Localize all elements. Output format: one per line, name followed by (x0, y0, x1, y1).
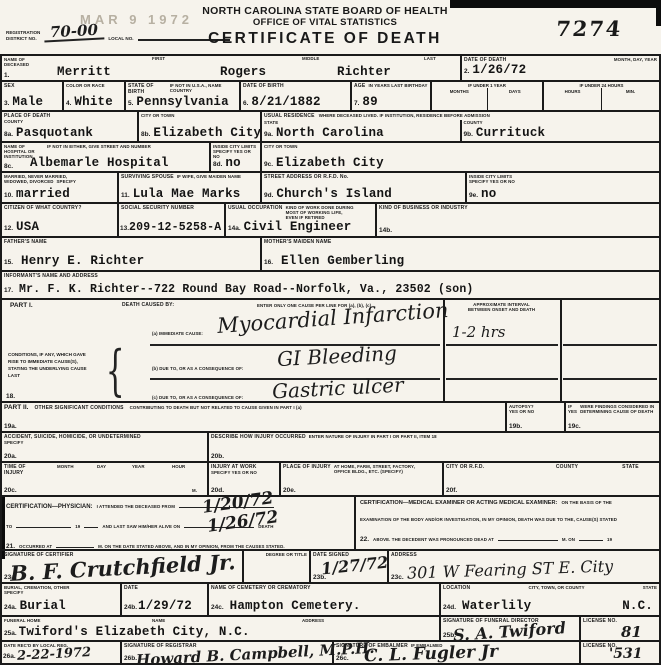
hours-label: HOURS (544, 88, 601, 110)
field-injury-county: COUNTY (532, 463, 602, 495)
autopsy-number: 19b. (509, 423, 522, 430)
min-label: MIN. (601, 88, 659, 110)
value-residence-limits: no (481, 187, 496, 201)
describe-injury-number: 20b. (211, 453, 224, 460)
value-last-name: Richter (337, 65, 391, 79)
location-note: CITY, TOWN, OR COUNTY (528, 585, 584, 590)
field-date-of-birth: DATE OF BIRTH 6.8/21/1882 (239, 82, 350, 110)
row-accident: ACCIDENT, SUICIDE, HOMICIDE, OR UNDETERM… (2, 431, 659, 461)
field-time-of-injury: TIME OF INJURY MONTH DAY YEAR HOUR 20c. … (2, 463, 207, 495)
death-city-label: CITY OR TOWN (141, 113, 258, 118)
value-first-name: Merritt (57, 65, 111, 79)
residence-city-label: CITY OR TOWN (264, 144, 657, 149)
accident-number: 20a. (4, 453, 17, 460)
death-county-number: 8a. (4, 131, 13, 138)
findings-note: WERE FINDINGS CONSIDERED IN DETERMINING … (580, 404, 657, 414)
examiner-text3b: M. ON (562, 537, 575, 542)
marital-label-line2: WIDOWED, DIVORCED (4, 179, 54, 184)
name-label-line2: DECEASED (4, 62, 29, 67)
value-ssn: 209-12-5258-A (129, 221, 221, 234)
examiner-text3a: ABOVE. THE DECEDENT WAS PRONOUNCED DEAD … (373, 537, 494, 542)
injury-at-work-number: 20d. (211, 487, 224, 494)
certificate-form: NAME OF DECEASED 1. FIRST MIDDLE LAST Me… (0, 54, 661, 665)
field-if-under-1-year: IF UNDER 1 YEAR MONTHS DAYS (430, 82, 542, 110)
to-date-line (16, 520, 71, 528)
sex-label: SEX (4, 83, 60, 89)
field-occupation: USUAL OCCUPATIONKIND OF WORK DONE DURING… (224, 204, 375, 236)
death-certificate: MAR 9 1972 REGISTRATION DISTRICT NO. 70-… (0, 0, 661, 665)
location-state-note: STATE (643, 585, 657, 590)
value-date-of-death: 1/26/72 (472, 63, 526, 77)
field-race: COLOR OR RACE 4.White (62, 82, 124, 110)
mother-label: MOTHER'S MAIDEN NAME (264, 239, 657, 245)
day-label: DAY (97, 464, 106, 469)
informant-number: 17. (4, 287, 13, 294)
value-death-city: Elizabeth City (153, 126, 261, 140)
field-usual-residence: USUAL RESIDENCE WHERE DECEASED LIVED. IF… (260, 112, 659, 141)
value-embalmer-license: '531 (609, 646, 643, 662)
pronounced-at-line (498, 533, 558, 541)
funeral-home-address-note: ADDRESS (302, 618, 324, 623)
value-mother: Ellen Gemberling (281, 254, 404, 268)
field-degree-title: DEGREE OR TITLE (242, 551, 309, 582)
age-number: 7. (354, 100, 359, 107)
injury-county-label: COUNTY (534, 464, 600, 470)
value-citizen: USA (16, 220, 39, 234)
age-label: AGE (354, 83, 365, 89)
residence-limits-number: 9e. (469, 192, 478, 199)
occupation-number: 14a. (228, 225, 241, 232)
row-marital: MARRIED, NEVER MARRIED, WIDOWED, DIVORCE… (2, 171, 659, 202)
field-injury-city: CITY OR R.F.D. 20f. (442, 463, 532, 495)
field-registrar-signature: SIGNATURE OF REGISTRAR 26b. Howard B. Ca… (120, 642, 332, 663)
injury-at-work-note: SPECIFY YES OR NO (211, 470, 277, 475)
marital-number: 10. (4, 192, 13, 199)
place-of-injury-note: AT HOME, FARM, STREET, FACTORY, OFFICE B… (334, 464, 419, 474)
interval-b-line (446, 378, 558, 380)
business-label: KIND OF BUSINESS OR INDUSTRY (379, 205, 657, 211)
cemetery-label: NAME OF CEMETERY OR CREMATORY (211, 585, 437, 591)
value-middle-name: Rogers (220, 65, 266, 79)
field-embalmer-signature: SIGNATURE OF EMBALMERIF EMBALMED 26c. C.… (332, 642, 579, 663)
injury-state-label: STATE (604, 464, 657, 470)
name-field-number: 1. (4, 72, 9, 79)
accident-note: SPECIFY (4, 440, 205, 445)
birth-state-number: 5. (128, 100, 133, 107)
month-label: MONTH (57, 464, 74, 469)
field-burial-type: BURIAL, CREMATION, OTHER SPECIFY 24a.Bur… (2, 584, 120, 615)
field-accident-type: ACCIDENT, SUICIDE, HOMICIDE, OR UNDETERM… (2, 433, 207, 461)
birth-state-label: STATE OF BIRTH (128, 83, 167, 96)
row-signature: SIGNATURE OF CERTIFIER 23a. DEGREE OR TI… (2, 549, 659, 582)
value-race: White (74, 95, 113, 109)
field-director-license: LICENSE NO. 81 (579, 617, 659, 640)
street-number: 9d. (264, 192, 273, 199)
residence-limits-note: SPECIFY YES OR NO (469, 179, 657, 184)
col-middle-label: MIDDLE (302, 56, 319, 61)
due-to-c-label: (c) DUE TO, OR AS A CONSEQUENCE OF: (152, 395, 243, 400)
value-burial-date: 1/29/72 (138, 599, 192, 613)
residence-county-number: 9b. (464, 131, 473, 138)
months-label: MONTHS (432, 88, 487, 110)
field-hospital-city-limits: INSIDE CITY LIMITS SPECIFY YES OR NO 8d.… (209, 143, 260, 171)
field-age: AGEIN YEARS LAST BIRTHDAY 7.89 (350, 82, 430, 110)
row-registrar: DATE REC'D BY LOCAL REG. 26a.2-22-1972 S… (2, 640, 659, 663)
field-street-address: STREET ADDRESS OR R.F.D. No. 9d.Church's… (260, 173, 465, 202)
field-injury-state: STATE (602, 463, 659, 495)
field-date-signed: DATE SIGNED 23b. 1/27/72 (309, 551, 387, 582)
value-birth-date: 8/21/1882 (251, 95, 320, 109)
row-funeral-home: FUNERAL HOME NAME ADDRESS 25a.Twiford's … (2, 615, 659, 640)
value-marital-status: married (16, 187, 70, 201)
value-residence-county: Currituck (476, 126, 545, 140)
burial-type-note: SPECIFY (4, 590, 118, 595)
value-sex: Male (12, 95, 43, 109)
value-residence-state: North Carolina (276, 126, 384, 140)
registration-district-value: 70-00 (44, 22, 105, 42)
value-informant: Mr. F. K. Richter--722 Round Bay Road--N… (19, 283, 473, 296)
ssn-number: 13. (120, 225, 129, 232)
part2-other-conditions: PART II. OTHER SIGNIFICANT CONDITIONS CO… (2, 401, 659, 431)
field-citizen: CITIZEN OF WHAT COUNTRY? 12.USA (2, 204, 117, 236)
certificate-header: MAR 9 1972 REGISTRATION DISTRICT NO. 70-… (0, 0, 661, 54)
birth-date-number: 6. (243, 100, 248, 107)
residence-county-label: COUNTY (464, 120, 483, 125)
informant-label: INFORMANT'S NAME AND ADDRESS (4, 273, 657, 279)
injury-city-number: 20f. (446, 487, 457, 494)
col-first-label: FIRST (152, 56, 165, 61)
business-number: 14b. (379, 227, 392, 234)
certificate-number: 7274 (555, 16, 624, 41)
field-name-of-deceased: NAME OF DECEASED 1. FIRST MIDDLE LAST Me… (2, 56, 460, 80)
value-father: Henry E. Richter (21, 254, 144, 268)
field-burial-date: DATE 24b.1/29/72 (120, 584, 207, 615)
birth-state-note: IF NOT IN U.S.A., NAME COUNTRY (170, 83, 237, 93)
date-of-death-number: 2. (464, 68, 469, 75)
registration-label-line1: REGISTRATION (6, 30, 40, 36)
place-of-injury-label: PLACE OF INJURY (283, 464, 331, 470)
field-business: KIND OF BUSINESS OR INDUSTRY 14b. (375, 204, 659, 236)
street-label: STREET ADDRESS OR R.F.D. No. (264, 174, 463, 180)
hospital-number: 8c. (4, 163, 13, 170)
findings-number: 19c. (568, 423, 581, 430)
examiner-text3c: 19 (607, 537, 612, 542)
value-hospital-name: Albemarle Hospital (30, 156, 169, 170)
row-hospital: NAME OF HOSPITAL OR INSTITUTION IF NOT I… (2, 141, 659, 171)
physician-text2: AND LAST SAW HIM/HER ALIVE ON (102, 524, 180, 529)
value-age: 89 (362, 95, 377, 109)
physician-to-label: TO (6, 524, 12, 529)
part1-death-cause: PART I. DEATH CAUSED BY: ENTER ONLY ONE … (2, 298, 659, 401)
field-date-received: DATE REC'D BY LOCAL REG. 26a.2-22-1972 (2, 642, 120, 663)
race-label: COLOR OR RACE (66, 83, 122, 88)
field-date-of-death: DATE OF DEATH MONTH, DAY, YEAR 2. 1/26/7… (460, 56, 659, 80)
examiner-cert-number: 22. (360, 536, 369, 543)
row-name: NAME OF DECEASED 1. FIRST MIDDLE LAST Me… (2, 56, 659, 80)
physician-cert-title: CERTIFICATION—PHYSICIAN: (6, 504, 93, 510)
field-funeral-home: FUNERAL HOME NAME ADDRESS 25a.Twiford's … (2, 617, 439, 640)
residence-state-number: 9a. (264, 131, 273, 138)
field-findings: IF YESWERE FINDINGS CONSIDERED IN DETERM… (564, 403, 659, 431)
field-other-conditions: PART II. OTHER SIGNIFICANT CONDITIONS CO… (2, 403, 505, 431)
mother-number: 16. (264, 259, 273, 266)
value-spouse: Lula Mae Marks (133, 187, 241, 201)
hour-label: HOUR (172, 464, 185, 469)
field-certifier-address: ADDRESS 23c. 301 W Fearing ST E. City (387, 551, 659, 582)
local-no-label: LOCAL NO. (108, 36, 133, 42)
field-residence-city-limits: INSIDE CITY LIMITS SPECIFY YES OR NO 9e.… (465, 173, 659, 202)
describe-injury-note: ENTER NATURE OF INJURY IN PART I OR PART… (309, 434, 437, 439)
examiner-text1: ON THE BASIS OF THE (561, 500, 611, 505)
field-marital-status: MARRIED, NEVER MARRIED, WIDOWED, DIVORCE… (2, 173, 117, 202)
birth-date-label: DATE OF BIRTH (243, 83, 348, 89)
race-number: 4. (66, 100, 71, 107)
field-death-city: CITY OR TOWN 8b.Elizabeth City (137, 112, 260, 141)
row-certification: CERTIFICATION—PHYSICIAN: I ATTENDED THE … (2, 495, 659, 549)
death-city-number: 8b. (141, 131, 150, 138)
marital-note: SPECIFY (57, 179, 77, 184)
immediate-cause-label: (a) IMMEDIATE CAUSE: (152, 331, 203, 336)
field-death-county: PLACE OF DEATH COUNTY 8a.Pasquotank (2, 112, 137, 141)
value-location: Waterlily (462, 599, 531, 613)
part1-field-number: 18. (6, 393, 15, 400)
certification-examiner: CERTIFICATION—MEDICAL EXAMINER OR ACTING… (354, 497, 659, 549)
conditions-note: CONDITIONS, IF ANY, WHICH GAVE RISE TO I… (8, 352, 96, 380)
time-label-line2: INJURY (4, 470, 26, 476)
part2-label: PART II. (4, 404, 28, 411)
occurred-at-line (56, 540, 94, 548)
field-burial-location: LOCATION CITY, TOWN, OR COUNTY STATE 24d… (439, 584, 659, 615)
pronounced-on-line (579, 533, 603, 541)
registration-label-line2: DISTRICT NO. (6, 36, 40, 42)
year-line (84, 520, 98, 528)
location-label: LOCATION (443, 585, 470, 591)
hospital-note: IF NOT IN EITHER, GIVE STREET AND NUMBER (47, 144, 151, 149)
citizen-number: 12. (4, 225, 13, 232)
funeral-home-name-note: NAME (152, 618, 165, 623)
value-street: Church's Island (276, 187, 392, 201)
physician-text1: I ATTENDED THE DECEASED FROM (97, 504, 175, 509)
value-birth-state: Pennsylvania (136, 95, 228, 109)
residence-state-label: STATE (264, 120, 278, 125)
field-funeral-director: SIGNATURE OF FUNERAL DIRECTOR 25b. S. A.… (439, 617, 579, 640)
time-of-injury-number: 20c. (4, 487, 17, 494)
burial-date-label: DATE (124, 585, 205, 591)
location-number: 24d. (443, 604, 456, 611)
office-title: OFFICE OF VITAL STATISTICS (175, 17, 475, 28)
ssn-label: SOCIAL SECURITY NUMBER (121, 205, 222, 211)
physician-year-label: 19 (75, 524, 80, 529)
burial-date-number: 24b. (124, 604, 137, 611)
degree-title-label: DEGREE OR TITLE (246, 552, 307, 557)
row-parents: FATHER'S NAME 15.Henry E. Richter MOTHER… (2, 236, 659, 270)
field-place-of-injury: PLACE OF INJURYAT HOME, FARM, STREET, FA… (279, 463, 442, 495)
father-label: FATHER'S NAME (4, 239, 258, 245)
interval-label-line2: BETWEEN ONSET AND DEATH (445, 307, 558, 312)
part1-area: PART I. DEATH CAUSED BY: ENTER ONLY ONE … (2, 300, 659, 401)
funeral-home-label: FUNERAL HOME (4, 618, 41, 623)
due-to-b-label: (b) DUE TO, OR AS A CONSEQUENCE OF: (152, 366, 243, 371)
occupation-label: USUAL OCCUPATION (228, 205, 283, 211)
cemetery-number: 24c. (211, 604, 224, 611)
value-location-state: N.C. (622, 599, 653, 613)
name-label: NAME OF DECEASED (4, 57, 29, 67)
spouse-label: SURVIVING SPOUSE (121, 174, 174, 180)
certification-physician: CERTIFICATION—PHYSICIAN: I ATTENDED THE … (2, 497, 354, 549)
usual-residence-note: WHERE DECEASED LIVED. IF INSTITUTION, RE… (319, 113, 490, 118)
citizen-label: CITIZEN OF WHAT COUNTRY? (4, 205, 115, 211)
field-mother: MOTHER'S MAIDEN NAME 16.Ellen Gemberling (260, 238, 659, 270)
death-county-label: COUNTY (4, 119, 135, 124)
meridiem-label: M. (192, 488, 197, 493)
value-cause-b: GI Bleeding (276, 341, 397, 371)
field-embalmer-license: LICENSE NO. '531 (579, 642, 659, 663)
injury-city-label: CITY OR R.F.D. (446, 464, 530, 470)
other-conditions-note: CONTRIBUTING TO DEATH BUT NOT RELATED TO… (130, 405, 302, 410)
findings-label: IF YES (568, 404, 577, 414)
value-date-received: 2-22-1972 (16, 645, 91, 664)
occupation-note: KIND OF WORK DONE DURING MOST OF WORKING… (286, 205, 356, 220)
board-title: NORTH CAROLINA STATE BOARD OF HEALTH (175, 5, 475, 17)
field-cemetery: NAME OF CEMETERY OR CREMATORY 24c.Hampto… (207, 584, 439, 615)
conditions-brace: { (106, 344, 125, 398)
value-hospital-limits: no (225, 156, 240, 170)
days-label: DAYS (487, 88, 543, 110)
part1-label: PART I. (10, 302, 33, 309)
value-funeral-home: Twiford's Elizabeth City, N.C. (19, 625, 250, 639)
title-block: NORTH CAROLINA STATE BOARD OF HEALTH OFF… (175, 5, 475, 48)
field-informant: INFORMANT'S NAME AND ADDRESS 17.Mr. F. K… (2, 272, 659, 298)
value-occupation: Civil Engineer (244, 220, 352, 234)
describe-injury-label: DESCRIBE HOW INJURY OCCURRED (211, 434, 306, 440)
examiner-cert-title: CERTIFICATION—MEDICAL EXAMINER OR ACTING… (360, 500, 557, 506)
field-father: FATHER'S NAME 15.Henry E. Richter (2, 238, 260, 270)
value-burial-type: Burial (20, 599, 66, 613)
value-embalmer-signature: C. L. Fugler Jr (364, 642, 499, 665)
father-number: 15. (4, 259, 13, 266)
spouse-note: IF WIFE, GIVE MAIDEN NAME (177, 174, 241, 179)
extra-col-b-line (563, 378, 657, 380)
value-death-county: Pasquotank (16, 126, 93, 140)
field-surviving-spouse: SURVIVING SPOUSEIF WIFE, GIVE MAIDEN NAM… (117, 173, 260, 202)
field-describe-injury: DESCRIBE HOW INJURY OCCURREDENTER NATURE… (207, 433, 659, 461)
place-of-injury-number: 20e. (283, 487, 296, 494)
row-informant: INFORMANT'S NAME AND ADDRESS 17.Mr. F. K… (2, 270, 659, 298)
other-conditions-label: OTHER SIGNIFICANT CONDITIONS (34, 405, 123, 411)
value-interval-a: 1-2 hrs (452, 323, 505, 341)
value-certifier-address: 301 W Fearing ST E. City (407, 556, 614, 582)
address-number: 23c. (391, 574, 404, 581)
date-of-death-sublabel: MONTH, DAY, YEAR (614, 57, 657, 62)
time-of-injury-label: TIME OF INJURY (4, 464, 26, 477)
hospital-limits-number: 8d. (213, 161, 222, 168)
value-residence-city: Elizabeth City (276, 156, 384, 170)
field-hospital-name: NAME OF HOSPITAL OR INSTITUTION IF NOT I… (2, 143, 209, 171)
date-received-number: 26a. (3, 653, 16, 660)
row-burial: BURIAL, CREMATION, OTHER SPECIFY 24a.Bur… (2, 582, 659, 615)
interval-header: APPROXIMATE INTERVAL BETWEEN ONSET AND D… (445, 302, 558, 312)
director-license-label: LICENSE NO. (583, 618, 657, 624)
spouse-number: 11. (121, 192, 130, 199)
field-if-under-24-hours: IF UNDER 24 HOURS HOURS MIN. (542, 82, 659, 110)
death-caused-by-label: DEATH CAUSED BY: (122, 302, 174, 308)
field-sex: SEX 3.Male (2, 82, 62, 110)
registration-district-label: REGISTRATION DISTRICT NO. (6, 30, 40, 41)
field-ssn: SOCIAL SECURITY NUMBER 13.209-12-5258-A (117, 204, 224, 236)
row-injury: TIME OF INJURY MONTH DAY YEAR HOUR 20c. … (2, 461, 659, 495)
value-cemetery: Hampton Cemetery. (230, 599, 361, 613)
value-director-license: 81 (621, 623, 642, 641)
address-label: ADDRESS (391, 552, 657, 558)
funeral-home-number: 25a. (4, 630, 17, 637)
col-last-label: LAST (424, 56, 436, 61)
usual-residence-label: USUAL RESIDENCE (264, 113, 315, 119)
year-label: YEAR (132, 464, 145, 469)
extra-col-a-line (563, 344, 657, 346)
row-citizen: CITIZEN OF WHAT COUNTRY? 12.USA SOCIAL S… (2, 202, 659, 236)
autopsy-note: YES OR NO (509, 409, 562, 414)
certificate-title: CERTIFICATE OF DEATH (175, 30, 475, 48)
field-autopsy: AUTOPSY? YES OR NO 19b. (505, 403, 564, 431)
interval-a-line (446, 344, 558, 346)
age-note: IN YEARS LAST BIRTHDAY (368, 83, 427, 88)
other-conditions-number: 19a. (4, 423, 17, 430)
field-residence-city: CITY OR TOWN 9c.Elizabeth City (260, 143, 659, 171)
residence-city-number: 9c. (264, 161, 273, 168)
sex-number: 3. (4, 100, 9, 107)
row-place-of-death: PLACE OF DEATH COUNTY 8a.Pasquotank CITY… (2, 110, 659, 141)
field-residence-county: COUNTY 9b.Currituck (460, 120, 660, 141)
field-state-of-birth: STATE OF BIRTHIF NOT IN U.S.A., NAME COU… (124, 82, 239, 110)
examiner-text2: EXAMINATION OF THE BODY AND/OR INVESTIGA… (360, 517, 655, 522)
field-residence-state: STATE 9a.North Carolina (262, 120, 460, 141)
burial-type-number: 24a. (4, 604, 17, 611)
part1-divider-2 (560, 300, 562, 401)
row-vitals: SEX 3.Male COLOR OR RACE 4.White STATE O… (2, 80, 659, 110)
